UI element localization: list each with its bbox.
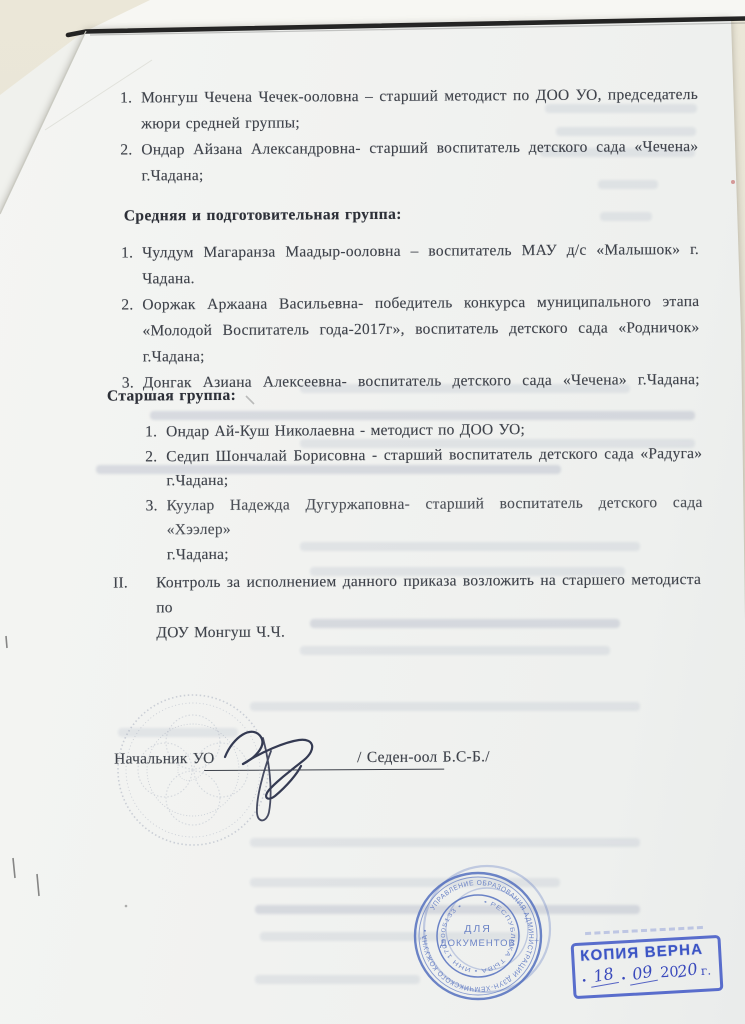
document-text: 1. Монгуш Чечена Чечек-ооловна – старший… [0,0,745,1024]
doc-line: г.Чадана; [141,160,698,189]
doc-line: ДОУ Монгуш Ч.Ч. [156,617,701,645]
doc-line: жюри средней группы; [141,108,698,137]
list-item: 1. Чулдум Магаранза Маадыр-ооловна – вос… [121,237,699,293]
scanned-document-page: 1. Монгуш Чечена Чечек-ооловна – старший… [0,0,745,1024]
doc-line: Контроль за исполнением данного приказа … [156,567,701,620]
handwritten-year: 20 [676,959,699,981]
jury-list-senior-group: 1. Ондар Ай-Куш Николаевна - методист по… [145,417,703,567]
signatory-title: Начальник УО [114,746,215,773]
list-item: 3. Куулар Надежда Дугуржаповна- старший … [146,490,703,567]
date-dot: . [581,968,587,985]
doc-line: Ооржак Аржаана Васильевна- победитель ко… [142,289,699,318]
list-item: 2. Ондар Айзана Александровна- старший в… [120,134,698,190]
handwritten-day: 18 [588,963,619,988]
signature-row: Начальник УО / Седен-оол Б.С-Б./ [114,744,614,787]
doc-line: «Молодой Воспитатель года-2017г», воспит… [142,315,699,344]
handwritten-month: 09 [627,961,658,986]
jury-list-average-group: 1. Монгуш Чечена Чечек-ооловна – старший… [120,82,699,190]
date-dot: . [620,966,626,983]
list-item: 2. Ооржак Аржаана Васильевна- победитель… [121,289,699,371]
year-suffix: г. [701,963,712,978]
list-item: 1. Монгуш Чечена Чечек-ооловна – старший… [120,82,698,138]
doc-line: Ондар Ай-Куш Николаевна - методист по ДО… [166,417,702,445]
list-number: 1. [145,420,157,445]
doc-line: Куулар Надежда Дугуржаповна- старший вос… [167,490,703,542]
jury-list-middle-group: 1. Чулдум Магаранза Маадыр-ооловна – вос… [121,237,700,397]
list-number: 3. [146,494,158,519]
doc-line: Седип Шончалай Борисовна - старший воспи… [166,441,702,469]
section-heading-senior-group: Старшая группа: [107,383,236,410]
signatory-name: / Седен-оол Б.С-Б./ [357,744,490,771]
control-clause: II. Контроль за исполнением данного прик… [113,567,701,646]
doc-line: г.Чадана; [143,341,700,370]
doc-line: Ондар Айзана Александровна- старший восп… [141,134,698,163]
doc-line: Монгуш Чечена Чечек-ооловна – старший ме… [141,82,698,111]
doc-line: Чулдум Магаранза Маадыр-ооловна – воспит… [142,237,699,292]
list-number: 1. [121,240,133,266]
list-item: 2. Седип Шончалай Борисовна - старший во… [145,441,702,493]
doc-line: г.Чадана; [166,466,702,494]
list-item: 1. Ондар Ай-Куш Николаевна - методист по… [145,417,702,445]
list-number: II. [113,570,128,595]
list-item: II. Контроль за исполнением данного прик… [113,567,701,646]
section-heading-middle-group: Средняя и подготовительная группа: [124,202,402,230]
list-number: 2. [145,445,157,470]
list-number: 2. [120,137,132,163]
list-number: 2. [121,292,133,318]
list-number: 1. [120,85,132,111]
copy-verna-stamp: КОПИЯ ВЕРНА .18. 09 2020г. [571,935,724,999]
doc-line: г.Чадана; [167,539,703,567]
